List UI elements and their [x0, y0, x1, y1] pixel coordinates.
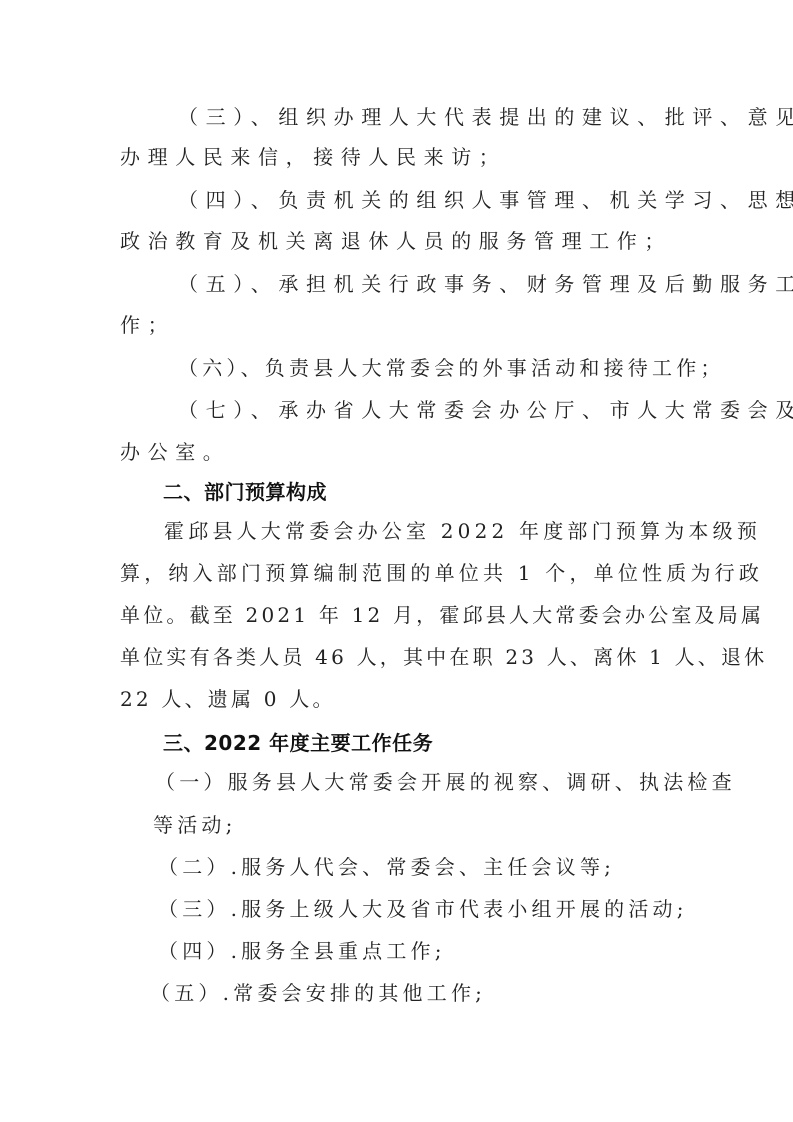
duty-item-5-line-2: 作； [120, 311, 175, 339]
task-item-1-line-1: （一）服务县人大常委会开展的视察、调研、执法检查 [155, 768, 736, 796]
task-item-2: （二）.服务人代会、常委会、主任会议等; [158, 853, 615, 881]
duty-item-5-line-1: （五）、承担机关行政事务、财务管理及后勤服务工 [178, 270, 793, 298]
section-2-paragraph-line-2: 算，纳入部门预算编制范围的单位共 1 个，单位性质为行政 [120, 559, 763, 587]
section-2-paragraph-line-4: 单位实有各类人员 46 人，其中在职 23 人、离休 1 人、退休 [120, 643, 767, 671]
document-page: （三）、组织办理人大代表提出的建议、批评、意见， 办理人民来信，接待人民来访； … [0, 0, 793, 1122]
duty-item-3-line-2: 办理人民来信，接待人民来访； [120, 143, 506, 171]
section-2-heading: 二、部门预算构成 [163, 478, 327, 506]
task-item-1-line-2: 等活动; [153, 811, 237, 839]
section-2-paragraph-line-5: 22 人、遗属 0 人。 [120, 685, 336, 713]
duty-item-7-line-2: 办公室。 [120, 438, 230, 466]
section-2-paragraph-line-3: 单位。截至 2021 年 12 月，霍邱县人大常委会办公室及局属 [120, 601, 764, 629]
duty-item-3-line-1: （三）、组织办理人大代表提出的建议、批评、意见， [178, 103, 793, 131]
duty-item-6-line-1: （六）、负责县人大常委会的外事活动和接待工作； [178, 354, 725, 382]
duty-item-7-line-1: （七）、承办省人大常委会办公厅、市人大常委会及 [178, 396, 793, 424]
task-item-4: （四）.服务全县重点工作; [158, 937, 446, 965]
task-item-3: （三）.服务上级人大及省市代表小组开展的活动; [158, 895, 688, 923]
section-2-paragraph-line-1: 霍邱县人大常委会办公室 2022 年度部门预算为本级预 [164, 517, 761, 545]
duty-item-4-line-1: （四）、负责机关的组织人事管理、机关学习、思想 [178, 186, 793, 214]
task-item-5: （五）.常委会安排的其他工作; [150, 979, 486, 1007]
section-3-heading: 三、2022 年度主要工作任务 [163, 729, 433, 757]
duty-item-4-line-2: 政治教育及机关离退休人员的服务管理工作； [120, 227, 672, 255]
